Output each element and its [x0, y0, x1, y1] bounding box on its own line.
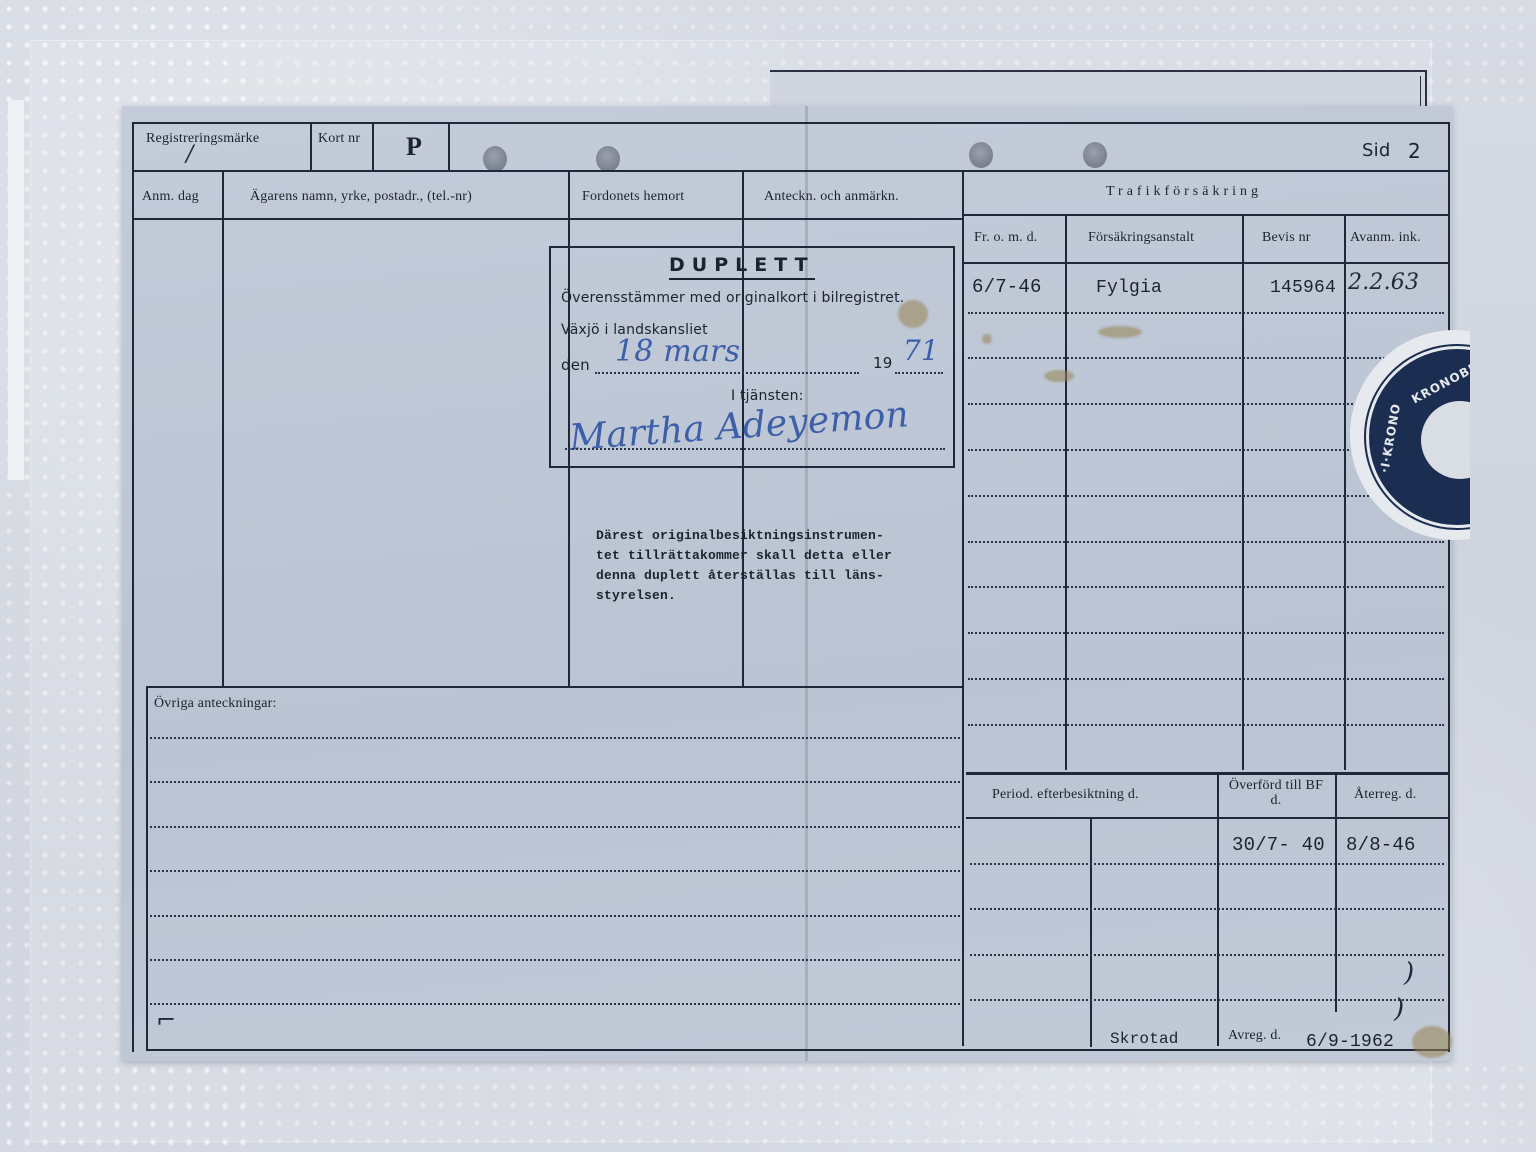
divider [962, 262, 1448, 264]
frame-right [1448, 122, 1450, 1052]
punch-hole [596, 146, 620, 172]
stain [1098, 326, 1142, 338]
dotted-rule [150, 826, 960, 828]
th-from-date: Fr. o. m. d. [974, 230, 1037, 246]
stain [982, 334, 992, 344]
stamp-year-prefix: 19 [873, 354, 893, 372]
th-overford-bf: Överförd till BF d. [1226, 778, 1326, 808]
avreg-value: 6/9-1962 [1306, 1032, 1394, 1052]
kort-nr-label: Kort nr [318, 131, 360, 147]
handwritten-bracket: ) [1404, 958, 1414, 988]
note-line2: tet tillrättakommer skall detta eller [596, 548, 892, 563]
kort-nr-value: P [406, 132, 422, 162]
punch-hole [1083, 142, 1107, 168]
cell-insurer: Fylgia [1096, 278, 1162, 298]
cell-from-date: 6/7-46 [972, 276, 1042, 298]
dotted-rule [968, 632, 1444, 634]
divider [372, 122, 374, 170]
stamp-date-handwritten: 18 mars [615, 334, 740, 369]
dotted-rule [150, 959, 960, 961]
col-fordonets-hemort: Fordonets hemort [582, 189, 684, 205]
divider [310, 122, 312, 170]
divider [222, 170, 224, 686]
divider [966, 817, 1448, 819]
avreg-label: Avreg. d. [1228, 1028, 1281, 1044]
dotted-rule [970, 999, 1444, 1001]
stamp-title: DUPLETT [669, 254, 815, 280]
th-period-efterbesiktning: Period. efterbesiktning d. [992, 787, 1139, 803]
col-trafikforsakring: Trafikförsäkring [1106, 184, 1262, 200]
frame-bottom [146, 1049, 1448, 1051]
divider [132, 218, 962, 220]
stain [1044, 370, 1074, 382]
th-bevis-nr: Bevis nr [1262, 230, 1311, 246]
dotted-rule [968, 678, 1444, 680]
handwritten-bracket: ) [1394, 994, 1404, 1024]
stamp-year-handwritten: 71 [903, 334, 939, 367]
dotted-rule [565, 448, 945, 450]
duplett-stamp: DUPLETT Överensstämmer med originalkort … [549, 246, 955, 468]
divider [1065, 214, 1067, 770]
dotted-rule [150, 1003, 960, 1005]
dotted-rule [150, 781, 960, 783]
divider [146, 686, 148, 1050]
registration-card: Registreringsmärke / Kort nr P Sid 2 Anm… [122, 106, 1452, 1061]
divider [132, 170, 1450, 172]
note-line3: denna duplett återställas till läns- [596, 568, 884, 583]
th-avanm-ink: Avanm. ink. [1350, 230, 1421, 246]
dotted-rule [150, 737, 960, 739]
stain [898, 300, 928, 328]
th-atereg: Återreg. d. [1354, 787, 1416, 803]
punch-hole [969, 142, 993, 168]
kronoberg-seal: KRONOBERGS·LÄ ·I·KRONO [1350, 328, 1470, 558]
dotted-rule [970, 863, 1444, 865]
divider [1335, 772, 1337, 1012]
note-line1: Därest originalbesiktningsinstrumen- [596, 528, 884, 543]
dotted-rule [968, 586, 1444, 588]
dotted-rule [970, 908, 1444, 910]
dotted-rule [150, 870, 960, 872]
coat-of-arms-icon [1421, 401, 1470, 479]
divider [146, 686, 962, 688]
divider [1242, 214, 1244, 770]
cell-atereg: 8/8-46 [1346, 834, 1416, 856]
seal-text-left: ·I·KRONO [1377, 402, 1403, 474]
divider [966, 772, 1448, 775]
dotted-rule [968, 312, 1444, 314]
stain [1412, 1026, 1452, 1058]
punch-hole [483, 146, 507, 172]
registreringsmarke-label: Registreringsmärke [146, 131, 259, 147]
divider [1344, 214, 1346, 770]
frame-top [132, 122, 1450, 124]
stamp-den-label: den [561, 356, 590, 374]
col-anteckn: Anteckn. och anmärkn. [764, 189, 899, 205]
th-insurer: Försäkringsanstalt [1088, 230, 1194, 246]
divider [1090, 817, 1092, 1047]
skrotad-label: Skrotad [1110, 1030, 1179, 1048]
divider [448, 122, 450, 170]
dotted-rule [970, 954, 1444, 956]
divider [962, 170, 964, 1046]
dotted-rule [595, 372, 859, 374]
registreringsmarke-value: / [186, 142, 194, 167]
cell-bevis-nr: 145964 [1270, 278, 1336, 298]
frame-left [132, 122, 134, 1052]
cell-avanm-ink: 2.2.63 [1348, 270, 1419, 295]
paper-edge [8, 100, 24, 480]
cell-overford-bf: 30/7- 40 [1232, 834, 1325, 856]
note-line4: styrelsen. [596, 588, 676, 603]
sid-value: 2 [1408, 139, 1421, 163]
dotted-rule [968, 724, 1444, 726]
col-anm-dag: Anm. dag [142, 189, 199, 205]
sid-label: Sid [1362, 140, 1390, 161]
ovriga-label: Övriga anteckningar: [154, 696, 277, 712]
dotted-rule [150, 915, 960, 917]
handwritten-mark: ⌐ [156, 1006, 176, 1034]
dotted-rule [895, 372, 943, 374]
col-agarens: Ägarens namn, yrke, postadr., (tel.-nr) [250, 189, 472, 205]
divider [962, 214, 1448, 216]
stamp-line1: Överensstämmer med originalkort i bilreg… [561, 290, 904, 306]
